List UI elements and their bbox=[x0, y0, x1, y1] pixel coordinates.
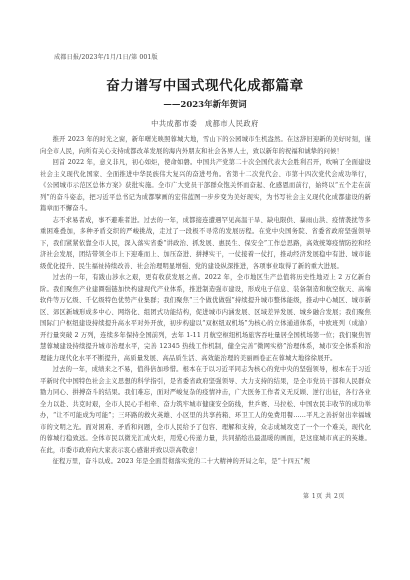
page-number: 第 1页 共 2页 bbox=[303, 491, 345, 500]
paragraph: 推开 2023 年的时光之窗，新年曙光映照蓉城大地，雪山下的公园城市生机盎然。在… bbox=[40, 134, 371, 157]
article-title: 奋力谱写中国式现代化成都篇章 bbox=[0, 74, 410, 94]
paragraph: 征程万里，奋斗以成。2023 年是全面贯彻落实党的二十大精神的开局之年，是“十四… bbox=[40, 456, 371, 468]
paragraph: 过去的一年，有跋山涉水之艰，更有收获发展之喜。2022 年，全市地区生产总值将历… bbox=[40, 272, 371, 364]
source-line: 成都日报/2023年/1月/1日/第 001版 bbox=[54, 52, 158, 61]
paragraph: 过去的一年，成绩来之不易，值得倍加珍惜。根本在于以习近平同志为核心的党中央的坚强… bbox=[40, 364, 371, 456]
document-page: 成都日报/2023年/1月/1日/第 001版 奋力谱写中国式现代化成都篇章 —… bbox=[0, 0, 410, 580]
paragraph: 回首 2022 年，意义非凡，初心如炬，使命如磐。中国共产党第二十次全国代表大会… bbox=[40, 157, 371, 215]
article-body: 推开 2023 年的时光之窗，新年曙光映照蓉城大地，雪山下的公园城市生机盎然。在… bbox=[40, 134, 371, 468]
paragraph: 志不求易者成，事不避难者进。过去的一年，成都接连遭遇罕见高温干旱、缺电限供、暴雨… bbox=[40, 215, 371, 273]
article-subtitle: ——2023年新年贺词 bbox=[0, 98, 410, 110]
article-authors: 中共成都市委 成都市人民政府 bbox=[0, 119, 410, 129]
